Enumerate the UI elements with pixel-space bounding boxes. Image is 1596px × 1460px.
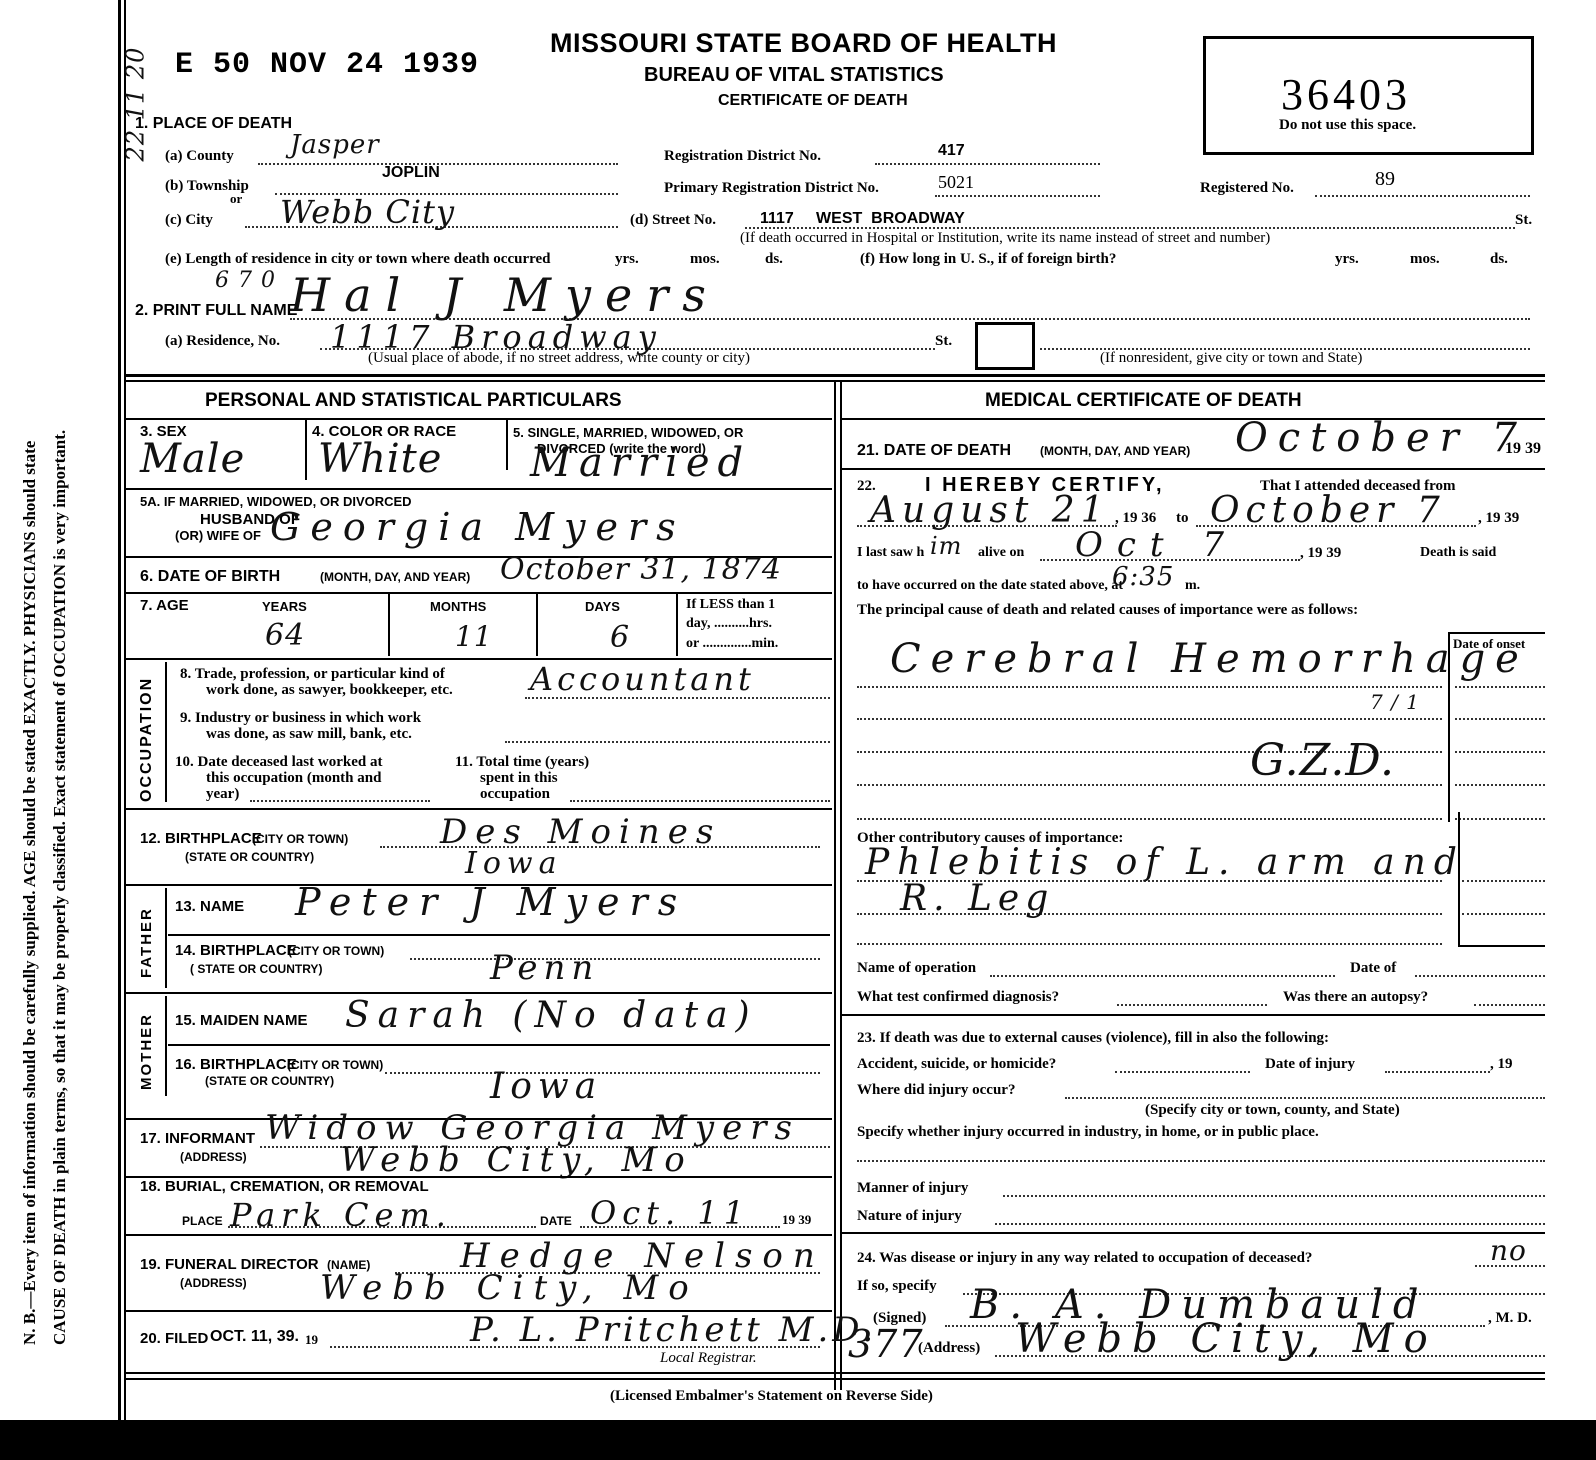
bottom-rule [125,1372,1545,1374]
occupation-related-answer[interactable]: no [1490,1234,1527,1267]
street-label: (d) Street No. [630,212,716,229]
total-time-label-1: 11. Total time (years) [455,754,589,771]
dob-sub-label: (MONTH, DAY, AND YEAR) [320,570,470,584]
registrar-signature[interactable]: P. L. Pritchett M.D. [470,1310,877,1350]
nonresident-checkbox[interactable] [975,322,1035,370]
hospital-note: (If death occurred in Hospital or Instit… [740,230,1270,247]
residence-label: (a) Residence, No. [165,333,280,350]
onset-line-3 [1455,751,1545,753]
mother-birthplace-field-line [385,1072,820,1074]
last-worked-field-line [250,800,430,802]
row-rule-22 [842,1014,1545,1016]
contributory-onset-line-1 [1462,880,1545,882]
where-injury-note: (Specify city or town, county, and State… [1145,1102,1400,1119]
file-number-box: 36403 Do not use this space. [1203,36,1534,155]
contributory-onset-line-2 [1462,913,1545,915]
county-value[interactable]: Jasper [290,130,380,160]
last-worked-label-1: 10. Date deceased last worked at [175,754,382,771]
full-name-value[interactable]: Hal J Myers [290,268,720,322]
test-line [1117,1004,1267,1006]
registration-district-label: Registration District No. [664,148,821,165]
nature-injury-label: Nature of injury [857,1208,962,1225]
attended-to-year[interactable]: , 19 39 [1478,510,1519,527]
last-worked-label-3: year) [206,786,239,803]
trade-value[interactable]: Accountant [530,660,755,698]
industry-label-2: was done, as saw mill, bank, etc. [206,726,412,743]
injury-date-line [1385,1071,1490,1073]
full-name-label: 2. PRINT FULL NAME [135,302,297,320]
if-so-specify-label: If so, specify [857,1278,937,1295]
accident-line [1115,1071,1250,1073]
nature-injury-line [995,1223,1545,1225]
less-day-label: day, ..........hrs. [686,616,772,632]
row-rule-15 [168,1044,830,1046]
less-min-label: or ..............min. [686,636,778,652]
filed-value[interactable]: OCT. 11, 39. [210,1328,299,1346]
where-injury-label: Where did injury occur? [857,1082,1015,1099]
received-date-stamp: E 50 NOV 24 1939 [175,48,479,82]
autopsy-line [1474,1004,1545,1006]
father-birthplace-label: 14. BIRTHPLACE [175,942,297,959]
occupation-side-rule [165,662,167,802]
last-saw-year[interactable]: , 19 39 [1300,545,1341,562]
burial-place-value[interactable]: Park Cem. [230,1196,452,1234]
occupation-side-label: OCCUPATION [138,677,156,802]
row-rule-23 [842,1232,1545,1234]
bottom-rule-2 [125,1378,1545,1380]
sex-value[interactable]: Male [140,436,245,482]
registration-district-line [875,163,1100,165]
onset-line-1 [1455,686,1545,688]
injury-19: , 19 [1490,1056,1513,1073]
primary-registration-line [935,195,1100,197]
primary-registration-label: Primary Registration District No. [664,180,879,197]
row-rule-21 [842,468,1545,470]
filed-label: 20. FILED [140,1330,208,1347]
autopsy-label: Was there an autopsy? [1283,989,1428,1006]
registration-district-value[interactable]: 417 [938,142,965,160]
row-rule-3 [125,488,832,490]
cause-line-2 [857,718,1442,720]
father-side-label: FATHER [138,907,155,978]
row-rule-14 [125,992,832,994]
document-title: MISSOURI STATE BOARD OF HEALTH [550,28,1057,59]
age-col-divider-2 [536,594,538,656]
mother-side-label: MOTHER [138,1013,155,1090]
township-value[interactable]: JOPLIN [382,164,440,182]
age-col-divider-1 [388,594,390,656]
death-said-label: Death is said [1420,545,1496,561]
file-number: 36403 [1281,69,1411,120]
manner-injury-line [1003,1195,1545,1197]
age-years-label: YEARS [262,599,307,614]
operation-date-line [1415,975,1545,977]
onset-line-5 [1455,818,1545,820]
father-birthplace-state-sub: ( STATE OR COUNTRY) [190,962,322,976]
bureau-title: BUREAU OF VITAL STATISTICS [644,64,944,87]
onset-line-4 [1455,784,1545,786]
occurred-time[interactable]: 6:35 [1112,562,1174,592]
attended-from-value[interactable]: August 21 [870,490,1110,531]
occurred-m: m. [1185,578,1200,594]
residence-length-mos: mos. [690,251,720,268]
age-days-value[interactable]: 6 [610,620,630,655]
place-of-death-heading: 1. PLACE OF DEATH [135,115,292,133]
residence-st-label: St. [935,333,952,350]
mother-birthplace-value[interactable]: Iowa [490,1066,602,1107]
sex-race-divider [305,420,307,480]
external-causes-label: 23. If death was due to external causes … [857,1030,1329,1047]
father-side-rule [165,888,167,988]
age-months-label: MONTHS [430,599,486,614]
birthplace-label: 12. BIRTHPLACE [140,830,262,847]
informant-label: 17. INFORMANT [140,1130,255,1147]
manner-injury-label: Manner of injury [857,1180,968,1197]
row-rule-occupation [125,808,832,810]
race-marital-divider [506,420,508,470]
cause-mark: 7 / 1 [1370,690,1420,714]
burial-date-value[interactable]: Oct. 11 [590,1194,750,1232]
contributory-value-1[interactable]: Phlebitis of L. arm and [865,842,1465,883]
cause-line-5 [857,818,1442,820]
father-birthplace-value[interactable]: Penn [490,948,599,988]
md-label: , M. D. [1488,1310,1532,1327]
nonresident-note: (If nonresident, give city or town and S… [1100,350,1362,367]
personal-heading: PERSONAL AND STATISTICAL PARTICULARS [205,390,622,412]
spouse-label-3: (OR) WIFE OF [175,528,261,543]
margin-number: 377 [848,1322,924,1366]
city-value[interactable]: Webb City [280,193,455,231]
mother-birthplace-state-sub: (STATE OR COUNTRY) [205,1074,334,1088]
registered-no-line [1315,195,1530,197]
occurred-label: to have occurred on the date stated abov… [857,578,1123,594]
name-margin-mark: 6 7 0 [215,268,276,293]
mother-maiden-name-label: 15. MAIDEN NAME [175,1012,308,1029]
age-years-value[interactable]: 64 [265,618,305,653]
age-label: 7. AGE [140,597,189,614]
industry-field-line [505,741,830,743]
row-rule-6 [125,592,832,594]
city-label: (c) City [165,212,213,229]
foreign-ds: ds. [1490,251,1508,268]
age-months-value[interactable]: 11 [455,620,493,653]
dod-value[interactable]: October 7 [1235,415,1527,461]
principal-cause-value[interactable]: Cerebral Hemorrhage [890,636,1529,682]
township-or-label: or [230,191,242,207]
funeral-director-address[interactable]: Webb City, Mo [320,1268,699,1308]
cause-label: The principal cause of death and related… [857,602,1358,619]
side-note-line2: CAUSE OF DEATH in plain terms, so that i… [50,430,70,1345]
trade-label-1: 8. Trade, profession, or particular kind… [180,666,445,683]
foreign-birth-label: (f) How long in U. S., if of foreign bir… [860,251,1116,268]
birthplace-state-value[interactable]: Iowa [465,846,562,881]
informant-address-sub: (ADDRESS) [180,1150,247,1164]
alive-on-label: alive on [978,545,1024,561]
registered-no-value[interactable]: 89 [1375,168,1395,191]
signed-label: (Signed) [873,1310,926,1327]
last-saw-date[interactable]: Oct 7 [1075,525,1238,565]
contributory-onset-bottom [1458,945,1545,947]
total-time-label-3: occupation [480,786,550,803]
spouse-value[interactable]: Georgia Myers [270,505,686,549]
side-margin-scribble: 22 11 20 [121,47,149,162]
frame-left-rule-inner [124,0,126,1420]
funeral-director-label: 19. FUNERAL DIRECTOR [140,1256,319,1273]
street-value[interactable]: 1117 WEST BROADWAY [760,210,965,228]
last-saw-label: I last saw h [857,545,924,561]
injury-date-label: Date of injury [1265,1056,1355,1073]
last-worked-label-2: this occupation (month and [206,770,381,787]
onset-line-2 [1455,718,1545,720]
reviewer-initials: G.Z.D. [1250,735,1395,786]
medical-heading: MEDICAL CERTIFICATE OF DEATH [985,390,1302,412]
burial-date-label: DATE [540,1214,572,1228]
operation-date-label: Date of [1350,960,1396,977]
dob-label: 6. DATE OF BIRTH [140,568,280,586]
certificate-subtitle: CERTIFICATE OF DEATH [718,92,908,110]
race-value[interactable]: White [318,436,442,482]
cause-line-1 [857,686,1442,688]
residence-length-label: (e) Length of residence in city or town … [165,251,551,268]
mother-birthplace-label: 16. BIRTHPLACE [175,1056,297,1073]
specify-injury-line [857,1160,1545,1162]
residence-length-ds: ds. [765,251,783,268]
burial-label: 18. BURIAL, CREMATION, OR REMOVAL [140,1178,429,1195]
funeral-address-sub: (ADDRESS) [180,1276,247,1290]
mother-maiden-name-value[interactable]: Sarah (No data) [345,995,758,1036]
father-birthplace-field-line [410,958,820,960]
specify-injury-label: Specify whether injury occurred in indus… [857,1124,1319,1141]
operation-line [990,975,1335,977]
physician-address[interactable]: Webb City, Mo [1015,1316,1438,1362]
burial-place-label: PLACE [182,1214,223,1228]
file-number-note: Do not use this space. [1279,117,1416,134]
abode-note: (Usual place of abode, if no street addr… [368,350,750,367]
last-saw-him[interactable]: im [930,532,962,560]
less-than-label: If LESS than 1 [686,597,775,613]
attended-to-value[interactable]: October 7 [1210,490,1446,531]
foreign-yrs: yrs. [1335,251,1359,268]
onset-top-rule [1448,632,1545,634]
residence-length-yrs: yrs. [615,251,639,268]
row-rule-13 [168,934,830,936]
main-section-rule [125,374,1545,377]
side-note-line1: N. B.—Every item of information should b… [20,441,40,1345]
filed-19: 19 [305,1332,318,1348]
marital-label: 5. SINGLE, MARRIED, WIDOWED, OR [513,425,743,440]
embalmer-note: (Licensed Embalmer's Statement on Revers… [610,1388,933,1405]
father-birthplace-city-sub: (CITY OR TOWN) [288,944,384,958]
contributory-value-2[interactable]: R. Leg [900,878,1054,919]
mother-birthplace-city-sub: (CITY OR TOWN) [287,1058,383,1072]
column-divider-2 [840,382,842,1390]
father-name-label: 13. NAME [175,898,244,915]
scan-bottom-edge [0,1420,1596,1460]
accident-label: Accident, suicide, or homicide? [857,1056,1056,1073]
informant-address-value[interactable]: Webb City, Mo [340,1140,693,1180]
birthplace-city-sub: (CITY OR TOWN) [252,832,348,846]
age-days-label: DAYS [585,599,620,614]
where-injury-line [1065,1097,1545,1099]
marital-value[interactable]: Married [530,440,751,486]
foreign-mos: mos. [1410,251,1440,268]
frame-left-rule [118,0,121,1420]
street-suffix: St. [1515,212,1532,229]
birthplace-state-sub: (STATE OR COUNTRY) [185,850,314,864]
dod-year[interactable]: 19 39 [1505,440,1541,458]
primary-registration-value[interactable]: 5021 [938,172,974,193]
dod-label: 21. DATE OF DEATH [857,442,1011,460]
test-label: What test confirmed diagnosis? [857,989,1059,1006]
contributory-line-3 [857,943,1442,945]
age-col-divider-3 [676,594,678,656]
county-label: (a) County [165,148,234,165]
registered-no-label: Registered No. [1200,180,1294,197]
burial-year[interactable]: 19 39 [782,1212,811,1228]
total-time-field-line [570,800,830,802]
column-divider-1 [834,382,836,1390]
industry-label-1: 9. Industry or business in which work [180,710,421,727]
mother-side-rule [165,996,167,1096]
dod-sub-label: (MONTH, DAY, AND YEAR) [1040,444,1190,458]
occupation-related-label: 24. Was disease or injury in any way rel… [857,1250,1312,1267]
trade-label-2: work done, as sawyer, bookkeeper, etc. [206,682,453,699]
dob-value[interactable]: October 31, 1874 [500,552,782,587]
personal-heading-rule [125,418,832,420]
father-name-value[interactable]: Peter J Myers [295,880,687,924]
address-label: (Address) [918,1340,980,1357]
total-time-label-2: spent in this [480,770,558,787]
registrar-label: Local Registrar. [660,1350,757,1367]
operation-label: Name of operation [857,960,976,977]
